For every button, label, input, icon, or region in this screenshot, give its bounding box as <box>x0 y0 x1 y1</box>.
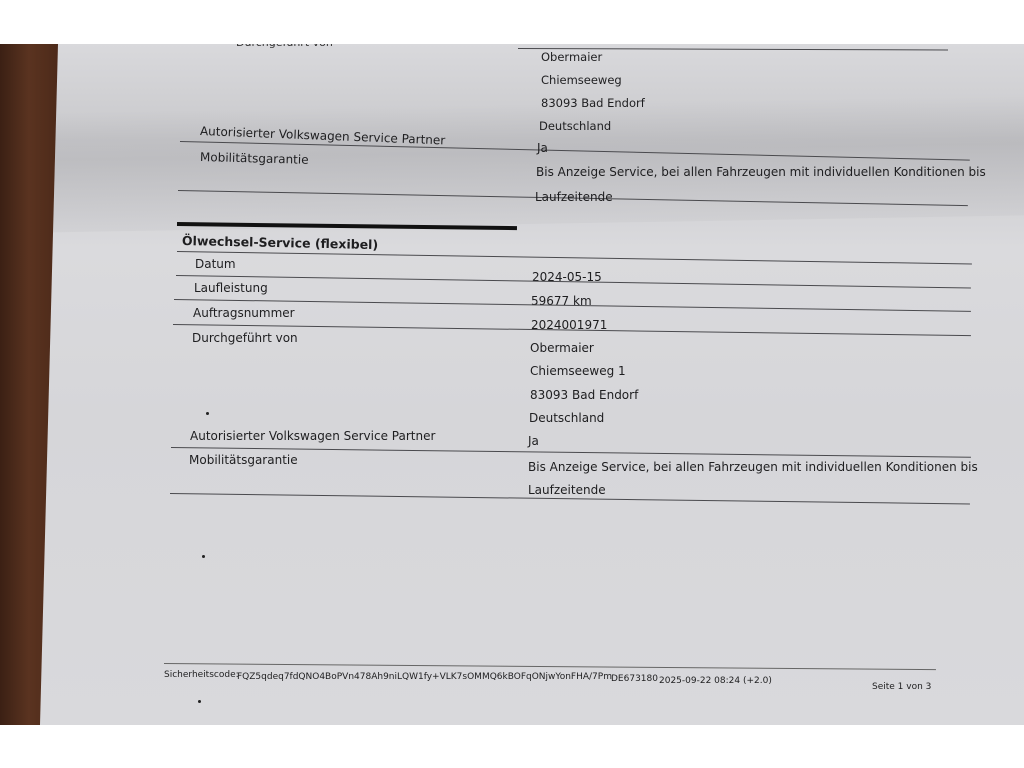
row-divider <box>177 251 972 264</box>
top-mobility-label: Mobilitätsgarantie <box>200 150 309 167</box>
performed-by-line-4: Deutschland <box>529 411 604 425</box>
performed-by-line-2: Chiemseeweg 1 <box>530 364 626 378</box>
performed-by-label: Durchgeführt von <box>192 331 298 345</box>
oil-service-title: Ölwechsel-Service (flexibel) <box>182 233 378 252</box>
security-code: FQZ5qdeq7fdQNO4BoPVn478Ah9niLQW1fy+VLK7s… <box>237 672 612 682</box>
service-record-page: Durchgeführt von Obermaier Chiemseeweg 8… <box>40 44 1024 725</box>
print-timestamp: 2025-09-22 08:24 (+2.0) <box>659 676 772 686</box>
performed-by-line-3: 83093 Bad Endorf <box>530 388 638 402</box>
performed-by-line-1: Obermaier <box>530 341 594 355</box>
top-performed-by-line-3: 83093 Bad Endorf <box>541 96 645 110</box>
page-indicator: Seite 1 von 3 <box>872 682 931 692</box>
authorized-partner-label: Autorisierter Volkswagen Service Partner <box>190 429 435 443</box>
top-performed-by-line-2: Chiemseeweg <box>541 73 622 87</box>
dealer-id: DE673180 <box>611 674 658 684</box>
mobility-value-line-2: Laufzeitende <box>528 483 606 497</box>
date-label: Datum <box>195 257 236 271</box>
mobility-label: Mobilitätsgarantie <box>189 453 298 467</box>
cut-off-label: Durchgeführt von <box>236 44 333 49</box>
document-content: Durchgeführt von Obermaier Chiemseeweg 8… <box>40 44 1024 725</box>
top-mobility-value-line-2: Laufzeitende <box>535 190 613 204</box>
stray-dot <box>206 412 209 415</box>
stray-dot <box>202 555 205 558</box>
mobility-value-line-1: Bis Anzeige Service, bei allen Fahrzeuge… <box>528 460 978 474</box>
top-performed-by-line-1: Obermaier <box>541 50 602 64</box>
footer-divider <box>164 663 936 670</box>
mileage-label: Laufleistung <box>194 281 268 295</box>
stray-dot <box>198 700 201 703</box>
top-mobility-value-line-1: Bis Anzeige Service, bei allen Fahrzeuge… <box>536 165 986 179</box>
top-authorized-partner-value: Ja <box>537 141 548 155</box>
top-performed-by-line-4: Deutschland <box>539 119 611 133</box>
order-number-label: Auftragsnummer <box>193 306 295 320</box>
security-code-label: Sicherheitscode: <box>164 670 239 680</box>
section-divider <box>177 222 517 230</box>
authorized-partner-value: Ja <box>528 434 539 448</box>
